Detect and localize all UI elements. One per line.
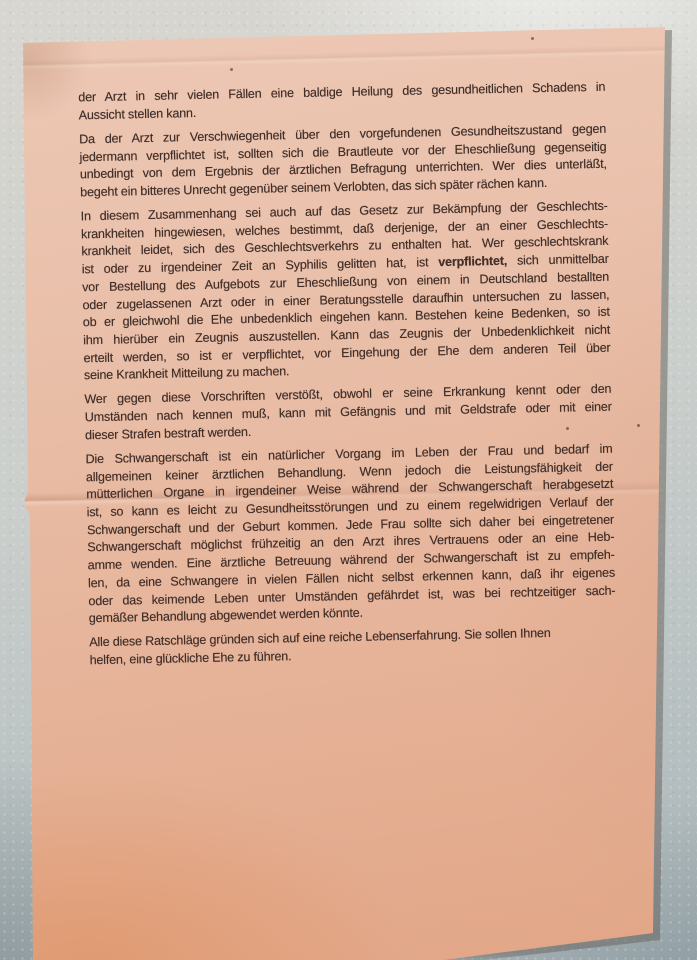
- dust-speck: [531, 37, 534, 40]
- paragraph: der Arzt in sehr vielen Fällen eine bald…: [78, 79, 606, 125]
- paper-sheet: der Arzt in sehr vielen Fällen eine bald…: [0, 0, 697, 960]
- bold-text: verpflichtet,: [438, 254, 507, 269]
- paragraph: Die Schwangerschaft ist ein natürlicher …: [85, 441, 615, 629]
- photo-background: der Arzt in sehr vielen Fällen eine bald…: [0, 0, 697, 960]
- dust-speck: [230, 68, 233, 71]
- dust-speck: [637, 424, 640, 427]
- paragraph: Da der Arzt zur Verschwiegenheit über de…: [79, 121, 607, 202]
- paragraph: Alle diese Ratschläge gründen sich auf e…: [89, 624, 617, 670]
- paragraph: Wer gegen diese Vorschriften verstößt, o…: [84, 381, 612, 445]
- paragraph: In diesem Zusammenhang sei auch auf das …: [81, 198, 611, 386]
- top-fold-crease: [22, 44, 668, 70]
- text-block: der Arzt in sehr vielen Fällen eine bald…: [78, 79, 617, 677]
